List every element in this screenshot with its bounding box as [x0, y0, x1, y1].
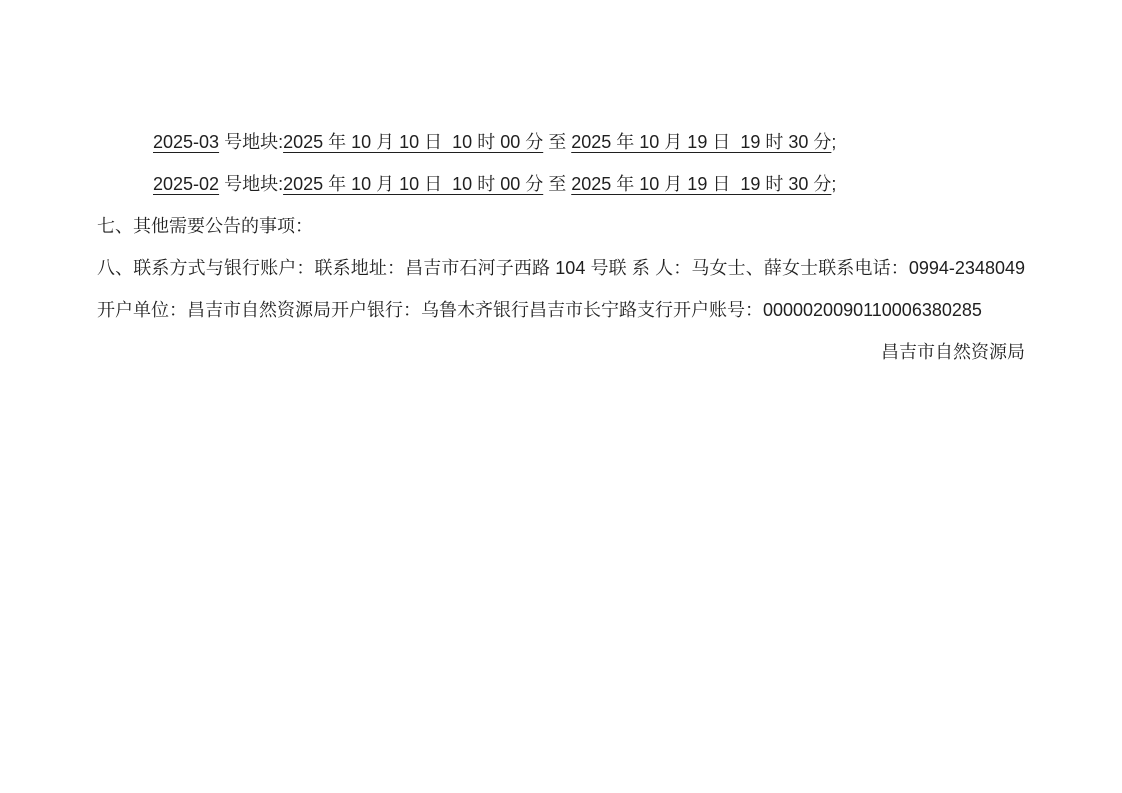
underlined-value: 2025 年 10 月 10 日 10 时 00 分: [283, 174, 543, 194]
underlined-value: 2025 年 10 月 19 日 19 时 30 分: [571, 174, 831, 194]
underlined-value: 2025-02: [153, 174, 219, 194]
text-segment: 号地块:: [219, 132, 283, 152]
text-segment: 七、其他需要公告的事项：: [97, 216, 313, 236]
text-segment: ;: [831, 174, 836, 194]
parcel-2025-02-listing-period: 2025-02 号地块:2025 年 10 月 10 日 10 时 00 分 至…: [97, 163, 1025, 205]
issuer-signature: 昌吉市自然资源局: [97, 331, 1025, 373]
text-segment: 八、联系方式与银行账户：联系地址：昌吉市石河子西路 104 号联 系 人：马女士…: [97, 258, 1025, 278]
text-segment: 至: [543, 174, 571, 194]
text-segment: 开户单位：昌吉市自然资源局开户银行：乌鲁木齐银行昌吉市长宁路支行开户账号：000…: [97, 300, 982, 320]
text-segment: 至: [543, 132, 571, 152]
account-holder-bank-details: 开户单位：昌吉市自然资源局开户银行：乌鲁木齐银行昌吉市长宁路支行开户账号：000…: [97, 289, 1025, 331]
underlined-value: 2025 年 10 月 10 日 10 时 00 分: [283, 132, 543, 152]
underlined-value: 2025-03: [153, 132, 219, 152]
parcel-2025-03-listing-period: 2025-03 号地块:2025 年 10 月 10 日 10 时 00 分 至…: [97, 121, 1025, 163]
underlined-value: 2025 年 10 月 19 日 19 时 30 分: [571, 132, 831, 152]
text-segment: 号地块:: [219, 174, 283, 194]
section-eight-contact-and-bank-account: 八、联系方式与银行账户：联系地址：昌吉市石河子西路 104 号联 系 人：马女士…: [97, 247, 1025, 289]
section-seven-other-announcement-items: 七、其他需要公告的事项：: [97, 205, 1025, 247]
document-page: 2025-03 号地块:2025 年 10 月 10 日 10 时 00 分 至…: [0, 0, 1122, 793]
text-segment: 昌吉市自然资源局: [881, 342, 1025, 362]
text-segment: ;: [831, 132, 836, 152]
